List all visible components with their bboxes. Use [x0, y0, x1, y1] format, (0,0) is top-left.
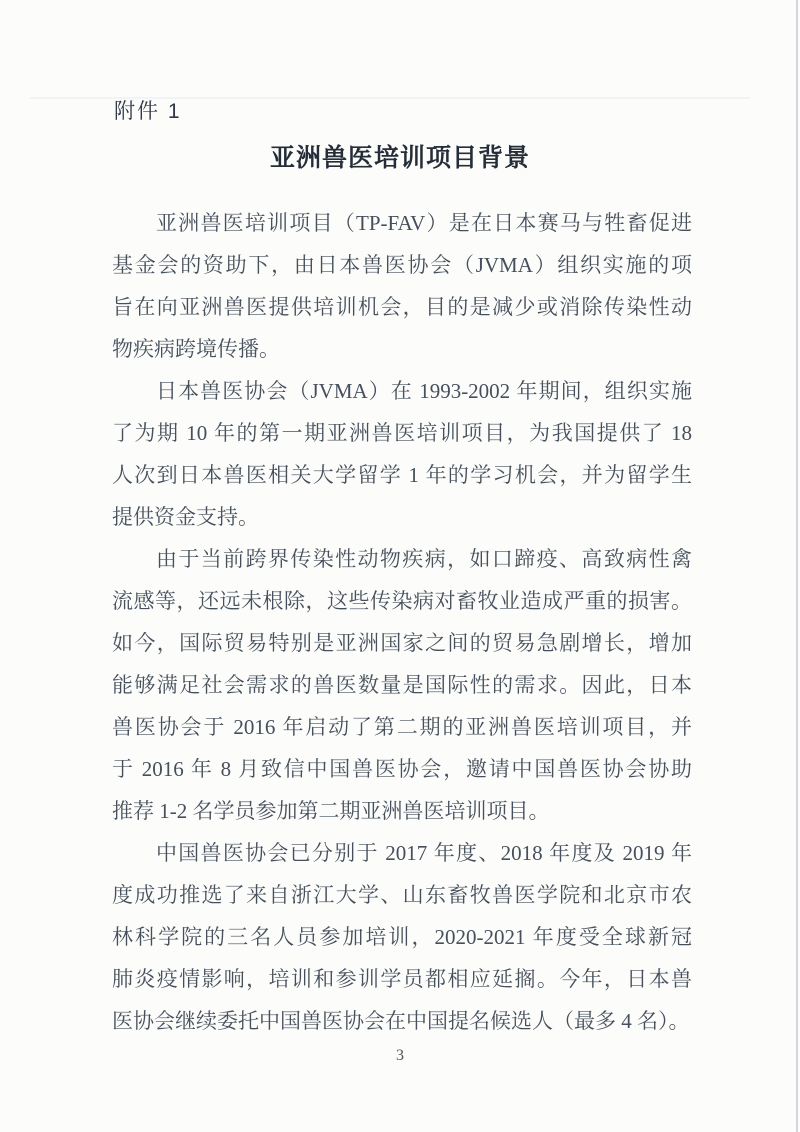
text-line: 亚洲兽医培训项目（TP-FAV）是在日本赛马与牲畜促进: [112, 202, 692, 244]
paragraph: 日本兽医协会（JVMA）在 1993-2002 年期间，组织实施了为期 10 年…: [112, 370, 692, 538]
text-line: 肺炎疫情影响，培训和参训学员都相应延搁。今年，日本兽: [112, 958, 692, 1000]
paragraph: 由于当前跨界传染性动物疾病，如口蹄疫、高致病性禽流感等，还远未根除，这些传染病对…: [112, 538, 692, 832]
text-line: 医协会继续委托中国兽医协会在中国提名候选人（最多 4 名）。: [112, 1000, 692, 1042]
text-line: 中国兽医协会已分别于 2017 年度、2018 年度及 2019 年: [112, 832, 692, 874]
text-line: 度成功推选了来自浙江大学、山东畜牧兽医学院和北京市农: [112, 874, 692, 916]
text-line: 于 2016 年 8 月致信中国兽医协会，邀请中国兽医协会协助: [112, 748, 692, 790]
text-line: 人次到日本兽医相关大学留学 1 年的学习机会，并为留学生: [112, 454, 692, 496]
text-line: 提供资金支持。: [112, 496, 692, 538]
page-number: 3: [0, 1044, 800, 1068]
text-line: 物疾病跨境传播。: [112, 328, 692, 370]
text-line: 能够满足社会需求的兽医数量是国际性的需求。因此，日本: [112, 664, 692, 706]
document-title: 亚洲兽医培训项目背景: [0, 138, 800, 174]
document-body: 亚洲兽医培训项目（TP-FAV）是在日本赛马与牲畜促进基金会的资助下，由日本兽医…: [112, 202, 692, 1042]
text-line: 了为期 10 年的第一期亚洲兽医培训项目，为我国提供了 18: [112, 412, 692, 454]
text-line: 如今，国际贸易特别是亚洲国家之间的贸易急剧增长，增加: [112, 622, 692, 664]
text-line: 基金会的资助下，由日本兽医协会（JVMA）组织实施的项目，: [112, 244, 692, 286]
text-line: 流感等，还远未根除，这些传染病对畜牧业造成严重的损害。: [112, 580, 692, 622]
scanned-document-page: 附件 1 亚洲兽医培训项目背景 亚洲兽医培训项目（TP-FAV）是在日本赛马与牲…: [0, 0, 800, 1132]
text-line: 由于当前跨界传染性动物疾病，如口蹄疫、高致病性禽: [112, 538, 692, 580]
text-line: 日本兽医协会（JVMA）在 1993-2002 年期间，组织实施: [112, 370, 692, 412]
text-line: 推荐 1-2 名学员参加第二期亚洲兽医培训项目。: [112, 790, 692, 832]
paragraph: 亚洲兽医培训项目（TP-FAV）是在日本赛马与牲畜促进基金会的资助下，由日本兽医…: [112, 202, 692, 370]
text-line: 旨在向亚洲兽医提供培训机会，目的是减少或消除传染性动: [112, 286, 692, 328]
text-line: 兽医协会于 2016 年启动了第二期的亚洲兽医培训项目，并: [112, 706, 692, 748]
attachment-label: 附件 1: [114, 95, 182, 125]
paragraph: 中国兽医协会已分别于 2017 年度、2018 年度及 2019 年度成功推选了…: [112, 832, 692, 1042]
text-line: 林科学院的三名人员参加培训，2020-2021 年度受全球新冠: [112, 916, 692, 958]
